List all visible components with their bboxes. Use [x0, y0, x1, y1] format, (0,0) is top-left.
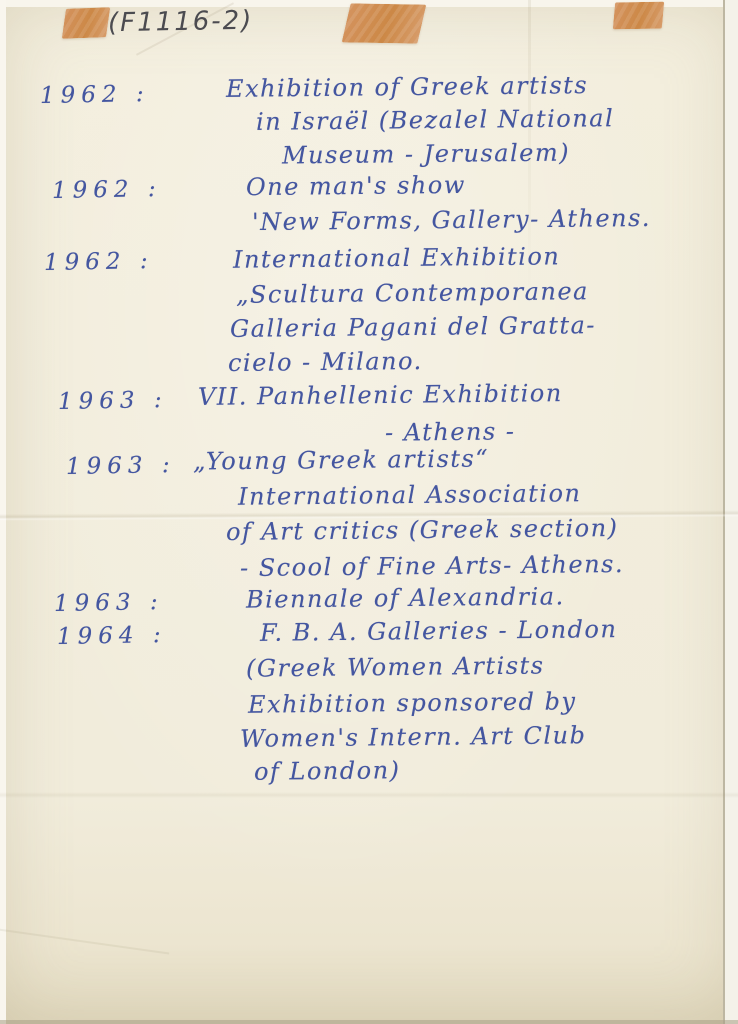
entry-line: (Greek Women Artists — [246, 651, 545, 682]
entry-line: Biennale of Alexandria. — [246, 582, 565, 613]
entry-line: of Art critics (Greek section) — [226, 514, 619, 546]
scanned-page: (F1116-2) 1962 : Exhibition of Greek art… — [0, 0, 738, 1024]
entry-year: 1963 : — [54, 589, 164, 617]
entry-line: 'New Forms, Gallery- Athens. — [252, 204, 651, 236]
entry-line: - Athens - — [385, 417, 516, 446]
entry-year: 1963 : — [58, 387, 168, 415]
entry-line: One man's show — [246, 171, 466, 201]
horizontal-fold-crease-2 — [0, 792, 738, 798]
entry-line: VII. Panhellenic Exhibition — [198, 379, 563, 411]
tape-strip-right — [613, 2, 664, 30]
entry-line: - Scool of Fine Arts- Athens. — [240, 550, 624, 582]
entry-line: International Exhibition — [233, 242, 561, 273]
tape-strip-left — [62, 7, 110, 39]
tape-strip-middle — [342, 3, 427, 43]
entry-year: 1964 : — [57, 622, 167, 650]
entry-year: 1962 : — [40, 81, 150, 109]
entry-line: cielo - Milano. — [228, 347, 423, 377]
entry-line: Exhibition sponsored by — [248, 687, 577, 718]
page-edge-right — [723, 0, 738, 1024]
entry-year: 1963 : — [66, 452, 176, 480]
entry-year: 1962 : — [44, 248, 154, 276]
entry-line: „Young Greek artists“ — [193, 444, 489, 475]
entry-line: Galleria Pagani del Gratta- — [230, 311, 596, 343]
catalog-number: (F1116-2) — [108, 6, 254, 39]
entry-line: Museum - Jerusalem) — [282, 138, 570, 169]
entry-line: Exhibition of Greek artists — [226, 71, 588, 103]
page-edge-bottom — [0, 1020, 738, 1024]
entry-line: in Israël (Bezalel National — [256, 104, 614, 136]
entry-line: International Association — [238, 479, 582, 511]
bottom-wrinkle — [0, 927, 169, 954]
page-edge-left — [0, 0, 6, 1024]
entry-line: „Scultura Contemporanea — [236, 277, 589, 309]
entry-line: F. B. A. Galleries - London — [260, 615, 618, 647]
entry-year: 1962 : — [52, 176, 162, 204]
entry-line: Women's Intern. Art Club — [240, 721, 587, 753]
entry-line: of London) — [254, 756, 401, 786]
